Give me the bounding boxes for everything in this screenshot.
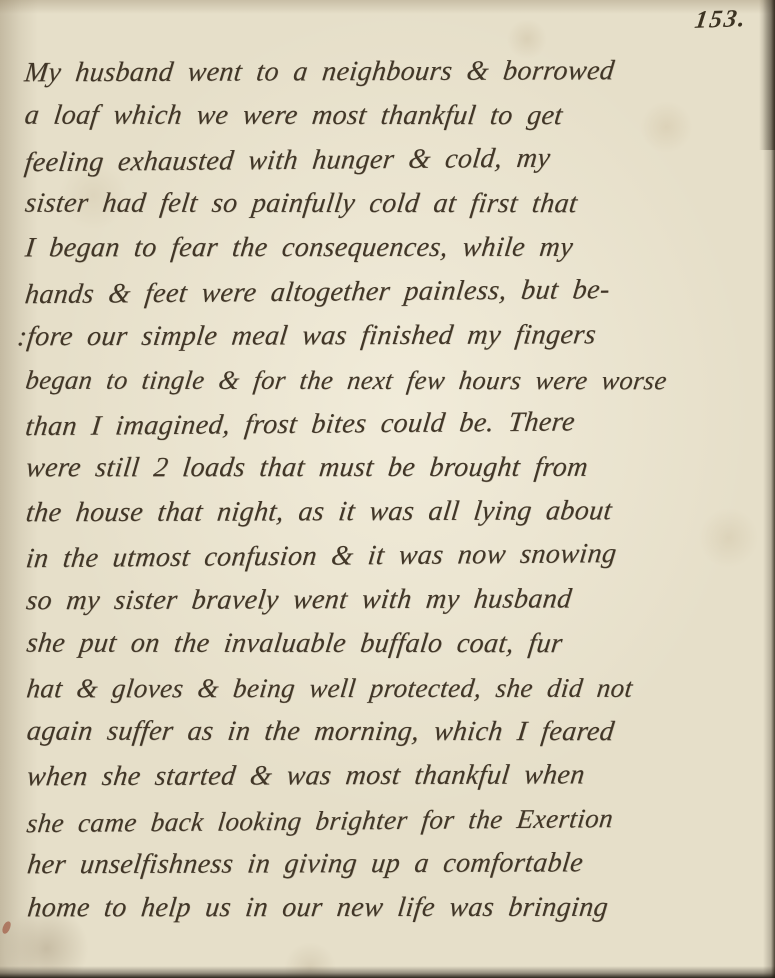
manuscript-line: a loaf which we were most thankful to ge…	[22, 94, 768, 139]
manuscript-line: home to help us in our new life was brin…	[25, 886, 771, 931]
page-edge-top	[0, 0, 775, 14]
page-number: 153.	[693, 5, 749, 35]
manuscript-line: the house that night, as it was all lyin…	[23, 489, 769, 536]
manuscript-line: My husband went to a neighbours & borrow…	[22, 49, 768, 96]
manuscript-line: again suffer as in the morning, which I …	[24, 710, 770, 755]
manuscript-line: she came back looking brighter for the E…	[24, 795, 770, 845]
manuscript-line: began to tingle & for the next few hours…	[23, 358, 769, 403]
manuscript-line: hat & gloves & being well protected, she…	[24, 666, 770, 711]
manuscript-page: 153. My husband went to a neighbours & b…	[0, 0, 775, 978]
manuscript-text-block: My husband went to a neighbours & borrow…	[24, 49, 768, 932]
manuscript-line: were still 2 loads that must be brought …	[24, 446, 770, 491]
manuscript-line: in the utmost confusion & it was now sno…	[23, 531, 769, 581]
ink-speck	[1, 920, 12, 935]
manuscript-line: she put on the invaluable buffalo coat, …	[24, 622, 770, 667]
manuscript-line: when she started & was most thankful whe…	[24, 753, 770, 800]
manuscript-line: her unselfishness in giving up a comfort…	[25, 841, 771, 888]
manuscript-line: than I imagined, frost bites could be. T…	[23, 399, 769, 449]
manuscript-line: so my sister bravely went with my husban…	[24, 577, 770, 624]
manuscript-line: :fore our simple meal was finished my fi…	[15, 313, 769, 360]
manuscript-line: hands & feet were altogether painless, b…	[23, 267, 769, 317]
manuscript-line: I began to fear the consequences, while …	[23, 226, 769, 271]
manuscript-line: sister had felt so painfully cold at fir…	[22, 182, 768, 227]
page-edge-bottom	[0, 966, 775, 978]
manuscript-line: feeling exhausted with hunger & cold, my	[22, 135, 768, 185]
